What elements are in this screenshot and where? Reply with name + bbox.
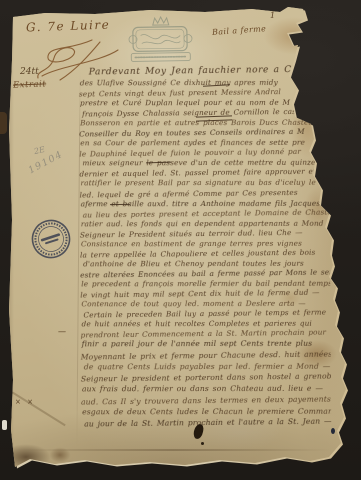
corner-crease <box>12 392 65 426</box>
fiscal-tax-stamp-icon <box>127 12 196 65</box>
margin-tick-dash: — <box>58 327 66 336</box>
archive-round-stamp-icon <box>23 211 78 266</box>
page-number: 1 <box>270 11 275 20</box>
doc-type-label: Bail a ferme <box>212 24 267 37</box>
bottom-crease <box>14 449 332 451</box>
ink-blot-dot <box>201 442 204 445</box>
manuscript-line: au jour de la St. Martin prochain et l'a… <box>81 417 331 431</box>
paper-fleck <box>2 420 7 430</box>
margin-tick-crosses: × × <box>15 398 35 406</box>
photo-background: G. 7e Luire Bail a ferme 1 2 <box>0 0 361 480</box>
pencil-reference-line1: 2E <box>33 145 46 156</box>
margin-price-note: 24tt <box>20 67 39 77</box>
dark-speck <box>331 428 335 434</box>
classification-mark: G. 7e Luire <box>26 18 111 35</box>
pencil-reference-line2: 19104 <box>27 149 65 176</box>
margin-extract-note: Extrait <box>13 79 47 90</box>
binding-streak <box>0 112 7 134</box>
manuscript-page: G. 7e Luire Bail a ferme 1 2 <box>0 0 361 480</box>
